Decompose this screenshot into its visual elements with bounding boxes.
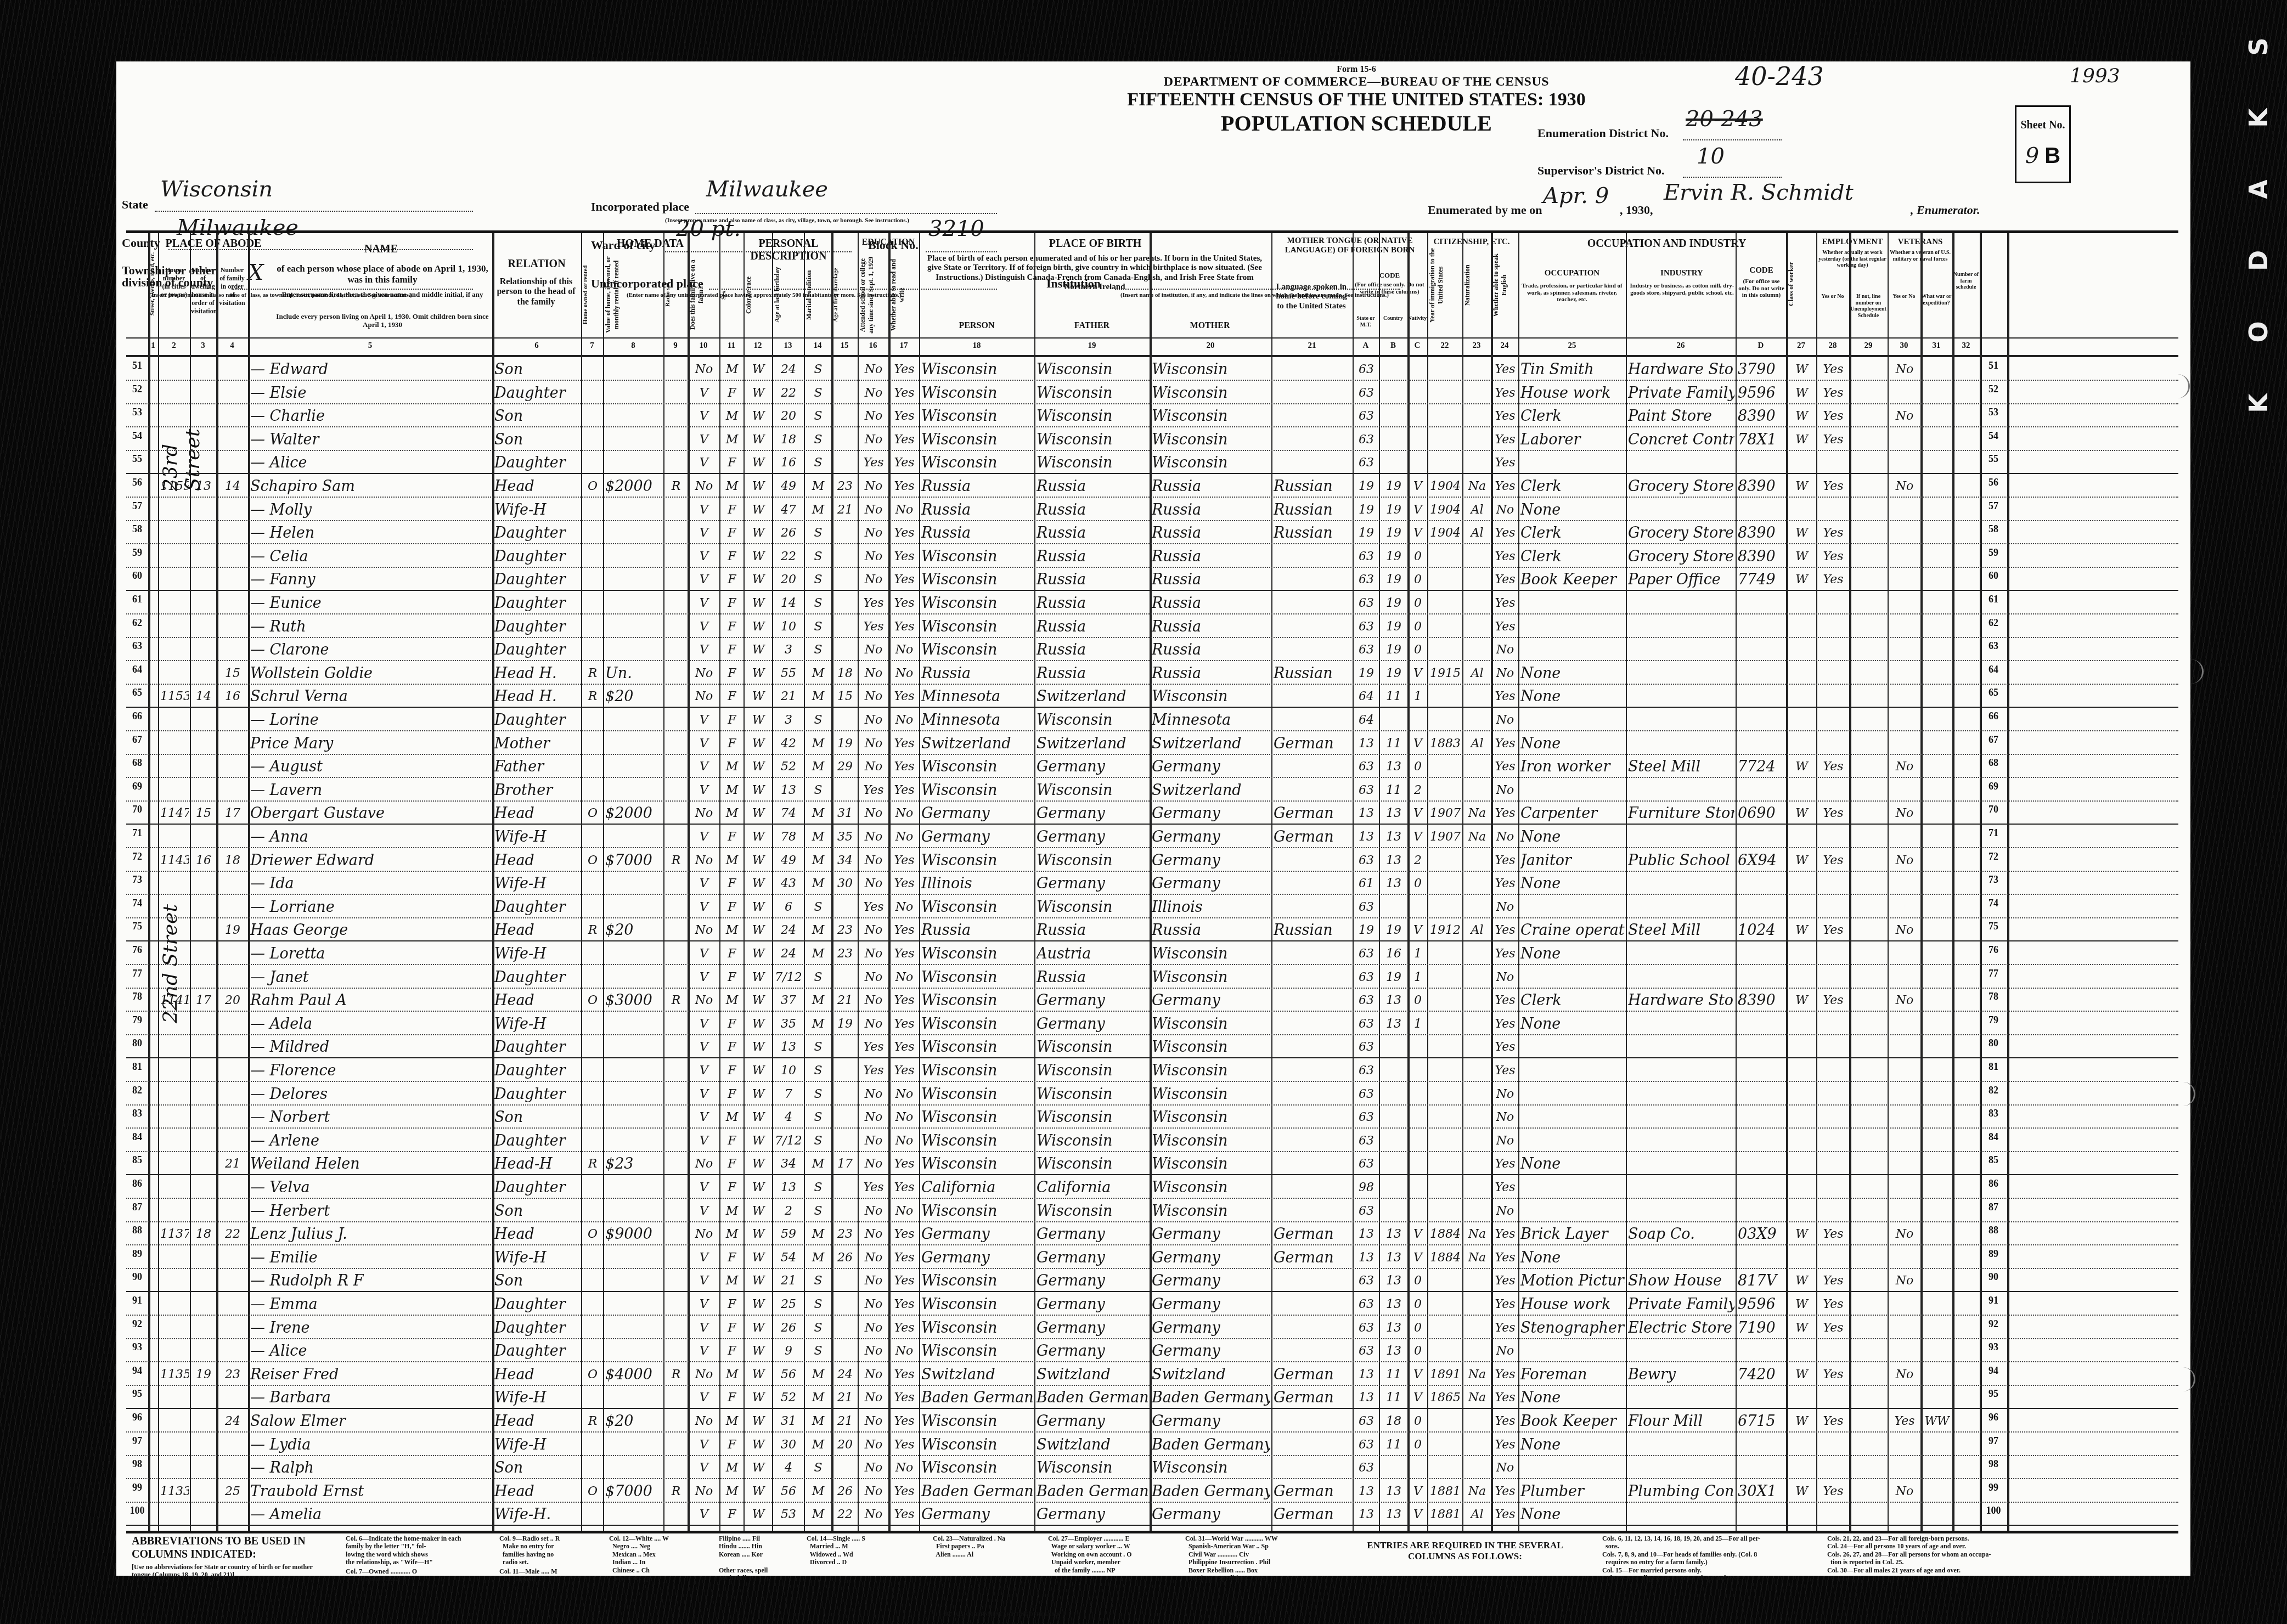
line-number: 93	[1980, 1341, 2007, 1353]
class-of-worker	[1788, 1106, 1815, 1127]
speaks-english: No	[1493, 1106, 1517, 1127]
enumerated-date: Apr. 9	[1543, 183, 1609, 208]
birthplace-mother: Wisconsin	[1152, 428, 1270, 450]
unemployment-line	[1851, 568, 1886, 590]
home-value	[605, 568, 662, 590]
race: W	[746, 591, 771, 613]
relationship: Head-H	[494, 1152, 580, 1174]
marital-status: M	[806, 1012, 830, 1034]
year-immigration: 1883	[1429, 732, 1461, 754]
code-country: 13	[1381, 1316, 1406, 1338]
unemployment-line	[1851, 966, 1886, 988]
war	[1923, 1433, 1951, 1455]
marital-status: S	[806, 428, 830, 450]
farm: No	[690, 685, 718, 707]
naturalization	[1464, 381, 1490, 403]
code-nativity: V	[1410, 802, 1426, 824]
speaks-english: Yes	[1493, 1363, 1517, 1385]
column-number: 15	[831, 341, 858, 351]
group-place-of-abode: PLACE OF ABODE	[158, 238, 269, 250]
birthplace-father: Germany	[1037, 825, 1148, 847]
code-country	[1381, 1152, 1406, 1174]
age: 10	[774, 615, 803, 637]
speaks-english: Yes	[1493, 942, 1517, 964]
attended-school: Yes	[860, 451, 887, 473]
code-country: 13	[1381, 1269, 1406, 1291]
birthplace-father: Austria	[1037, 942, 1148, 964]
code-country: 11	[1381, 1363, 1406, 1385]
speaks-english: Yes	[1493, 404, 1517, 426]
radio-set: R	[666, 1480, 686, 1502]
race: W	[746, 802, 771, 824]
relationship: Wife-H	[494, 872, 580, 894]
farm: V	[690, 615, 718, 637]
read-write: Yes	[891, 591, 918, 613]
birthplace-mother: Wisconsin	[1152, 1059, 1270, 1081]
birthplace-father: Wisconsin	[1037, 404, 1148, 426]
home-owned-rented	[583, 1293, 602, 1315]
line-number: 59	[126, 547, 148, 559]
read-write: No	[891, 1456, 918, 1478]
home-value	[605, 1293, 662, 1315]
race: W	[746, 1363, 771, 1385]
class-of-worker	[1788, 685, 1815, 707]
house-number	[160, 942, 189, 964]
age-first-marriage	[833, 1199, 857, 1221]
radio-set	[666, 451, 686, 473]
line-number: 77	[1980, 968, 2007, 979]
occupation: Craine operator	[1520, 918, 1625, 940]
age-first-marriage: 21	[833, 1409, 857, 1431]
birthplace-mother: Wisconsin	[1152, 966, 1270, 988]
marital-status: S	[806, 1059, 830, 1081]
occupation	[1520, 1456, 1625, 1478]
sex: F	[722, 615, 742, 637]
read-write: Yes	[891, 1176, 918, 1198]
attended-school: Yes	[860, 1176, 887, 1198]
house-number: 1133	[160, 1480, 189, 1502]
at-work	[1818, 825, 1848, 847]
birthplace-father: Germany	[1037, 1503, 1148, 1525]
at-work	[1818, 685, 1848, 707]
sex: F	[722, 732, 742, 754]
birthplace-person: Wisconsin	[921, 895, 1033, 917]
war	[1923, 451, 1951, 473]
read-write: Yes	[891, 1222, 918, 1244]
sex: M	[722, 918, 742, 940]
code-nativity	[1410, 358, 1426, 380]
mother-tongue: German	[1274, 1386, 1351, 1408]
speaks-english: No	[1493, 662, 1517, 684]
naturalization	[1464, 1269, 1490, 1291]
birthplace-father: Wisconsin	[1037, 1456, 1148, 1478]
relationship: Head H.	[494, 685, 580, 707]
house-number	[160, 755, 189, 777]
birthplace-person: Wisconsin	[921, 1269, 1033, 1291]
header-c10: Does this family live on a farm?	[689, 255, 718, 335]
code-nativity: 0	[1410, 1409, 1426, 1431]
table-row: 7373— IdaWife-HVFW43M30NoYesIllinoisGerm…	[126, 871, 2178, 895]
occupation-code	[1738, 1176, 1785, 1198]
at-work: Yes	[1818, 475, 1848, 497]
radio-set	[666, 1433, 686, 1455]
birthplace-mother: Russia	[1152, 545, 1270, 567]
industry: Show House	[1628, 1269, 1734, 1291]
mother-tongue	[1274, 381, 1351, 403]
speaks-english: Yes	[1493, 1059, 1517, 1081]
person-name: — Ida	[250, 872, 491, 894]
line-number: 63	[1980, 640, 2007, 652]
veteran	[1890, 942, 1919, 964]
race: W	[746, 662, 771, 684]
column-number: 4	[216, 341, 248, 351]
marital-status: S	[806, 1339, 830, 1361]
mother-tongue: German	[1274, 1480, 1351, 1502]
unemployment-line	[1851, 1409, 1886, 1431]
age: 21	[774, 1269, 803, 1291]
radio-set: R	[666, 849, 686, 871]
age-first-marriage	[833, 1456, 857, 1478]
naturalization: Al	[1464, 732, 1490, 754]
radio-set	[666, 1269, 686, 1291]
header-c5b: Enter surname first, then the given name…	[275, 291, 489, 299]
code-nativity: 0	[1410, 545, 1426, 567]
house-number	[160, 428, 189, 450]
unemployment-line	[1851, 1222, 1886, 1244]
occupation-code	[1738, 872, 1785, 894]
table-row: 6666— LorineDaughterVFW3SNoNoMinnesotaWi…	[126, 707, 2178, 731]
occupation	[1520, 708, 1625, 730]
radio-set	[666, 404, 686, 426]
occupation: None	[1520, 942, 1625, 964]
home-value: $3000	[605, 989, 662, 1011]
header-c26-title: INDUSTRY	[1627, 269, 1737, 278]
table-row: 9999113325Traubold ErnstHeadO$7000RNoMW5…	[126, 1479, 2178, 1503]
line-number: 55	[126, 453, 148, 465]
code-nativity	[1410, 708, 1426, 730]
birthplace-father: Wisconsin	[1037, 1059, 1148, 1081]
veteran	[1890, 498, 1919, 520]
radio-set	[666, 1152, 686, 1174]
speaks-english: No	[1493, 779, 1517, 800]
code-state: 63	[1355, 1339, 1378, 1361]
occupation-code	[1738, 615, 1785, 637]
line-number: 84	[126, 1131, 148, 1143]
age-first-marriage: 21	[833, 498, 857, 520]
sex: F	[722, 1246, 742, 1268]
house-number	[160, 779, 189, 800]
occupation-code: 8390	[1738, 404, 1785, 426]
home-value	[605, 1316, 662, 1338]
column-number: 17	[888, 341, 919, 351]
home-owned-rented: R	[583, 1152, 602, 1174]
unemployment-line	[1851, 591, 1886, 613]
line-number: 69	[126, 781, 148, 792]
code-nativity: V	[1410, 1363, 1426, 1385]
person-name: — Alice	[250, 1339, 491, 1361]
family-number	[218, 451, 247, 473]
unemployment-line	[1851, 1246, 1886, 1268]
person-name: Driewer Edward	[250, 849, 491, 871]
line-number: 97	[126, 1435, 148, 1447]
at-work	[1818, 1456, 1848, 1478]
age: 16	[774, 451, 803, 473]
relationship: Son	[494, 1456, 580, 1478]
birthplace-father: Wisconsin	[1037, 451, 1148, 473]
person-name: — Loretta	[250, 942, 491, 964]
attended-school: No	[860, 404, 887, 426]
line-number: 99	[126, 1482, 148, 1493]
at-work: Yes	[1818, 521, 1848, 543]
abbrev-col12: Col. 12—White .... W Negro .... Neg Mexi…	[609, 1535, 669, 1582]
supervisor-line	[1683, 177, 1782, 178]
mother-tongue	[1274, 849, 1351, 871]
year-immigration	[1429, 755, 1461, 777]
industry	[1628, 638, 1734, 660]
occupation-code	[1738, 662, 1785, 684]
read-write: Yes	[891, 1035, 918, 1057]
attended-school: No	[860, 1152, 887, 1174]
at-work	[1818, 1106, 1848, 1127]
home-value	[605, 732, 662, 754]
home-value	[605, 872, 662, 894]
war	[1923, 1152, 1951, 1174]
birthplace-mother: Wisconsin	[1152, 1012, 1270, 1034]
farm: V	[690, 1199, 718, 1221]
relationship: Daughter	[494, 1293, 580, 1315]
abbrev-col7: Col. 7—Owned ............ O Rented .....…	[346, 1567, 417, 1583]
home-value: Un.	[605, 662, 662, 684]
family-number	[218, 1386, 247, 1408]
code-country: 11	[1381, 732, 1406, 754]
family-number: 23	[218, 1363, 247, 1385]
unemployment-line	[1851, 918, 1886, 940]
age-first-marriage: 18	[833, 662, 857, 684]
header-c25: Trade, profession, or particular kind of…	[1520, 283, 1624, 303]
at-work	[1818, 1082, 1848, 1104]
code-state: 63	[1355, 1152, 1378, 1174]
war	[1923, 872, 1951, 894]
code-nativity	[1410, 1035, 1426, 1057]
age-first-marriage	[833, 1035, 857, 1057]
naturalization	[1464, 451, 1490, 473]
class-of-worker	[1788, 638, 1815, 660]
birthplace-mother: Wisconsin	[1152, 1035, 1270, 1057]
incorporated-label: Incorporated place	[591, 200, 689, 214]
line-number: 57	[126, 500, 148, 512]
table-row: 7171— AnnaWife-HVFW78M35NoNoGermanyGerma…	[126, 824, 2178, 848]
unemployment-line	[1851, 1503, 1886, 1525]
age-first-marriage: 26	[833, 1480, 857, 1502]
veteran	[1890, 615, 1919, 637]
farm: V	[690, 1386, 718, 1408]
marital-status: S	[806, 381, 830, 403]
mother-tongue: Russian	[1274, 475, 1351, 497]
mother-tongue: German	[1274, 825, 1351, 847]
at-work: Yes	[1818, 381, 1848, 403]
sex: M	[722, 849, 742, 871]
naturalization	[1464, 1199, 1490, 1221]
line-number: 54	[126, 430, 148, 442]
kodak-letter: O	[2244, 321, 2273, 342]
house-number	[160, 708, 189, 730]
attended-school: No	[860, 381, 887, 403]
line-number: 74	[1980, 898, 2007, 909]
line-number: 64	[1980, 664, 2007, 675]
code-country: 13	[1381, 1480, 1406, 1502]
farm: No	[690, 918, 718, 940]
speaks-english: Yes	[1493, 1293, 1517, 1315]
age-first-marriage: 22	[833, 1503, 857, 1525]
code-nativity	[1410, 1199, 1426, 1221]
war	[1923, 755, 1951, 777]
person-name: — Molly	[250, 498, 491, 520]
table-row: 6060— FannyDaughterVFW20SNoYesWisconsinR…	[126, 567, 2178, 591]
occupation-code	[1738, 942, 1785, 964]
line-number: 76	[126, 944, 148, 956]
relationship: Daughter	[494, 381, 580, 403]
department-title: DEPARTMENT OF COMMERCE—BUREAU OF THE CEN…	[1082, 75, 1631, 89]
home-value: $20	[605, 918, 662, 940]
code-state: 63	[1355, 1035, 1378, 1057]
year-immigration	[1429, 1433, 1461, 1455]
occupation: Brick Layer	[1520, 1222, 1625, 1244]
radio-set	[666, 966, 686, 988]
attended-school: No	[860, 732, 887, 754]
birthplace-person: Germany	[921, 825, 1033, 847]
radio-set	[666, 498, 686, 520]
race: W	[746, 1012, 771, 1034]
speaks-english: No	[1493, 1339, 1517, 1361]
radio-set	[666, 708, 686, 730]
birthplace-father: Wisconsin	[1037, 779, 1148, 800]
house-number	[160, 966, 189, 988]
radio-set	[666, 685, 686, 707]
line-number: 95	[1980, 1388, 2007, 1400]
farm: V	[690, 521, 718, 543]
war	[1923, 1199, 1951, 1221]
dwelling-number	[192, 825, 215, 847]
person-name: — Helen	[250, 521, 491, 543]
war	[1923, 1176, 1951, 1198]
line-number: 53	[1980, 407, 2007, 418]
person-name: — Velva	[250, 1176, 491, 1198]
sex: F	[722, 1035, 742, 1057]
home-owned-rented	[583, 1316, 602, 1338]
veteran: No	[1890, 849, 1919, 871]
war	[1923, 1106, 1951, 1127]
sex: F	[722, 825, 742, 847]
occupation-code: 9596	[1738, 381, 1785, 403]
age-first-marriage	[833, 779, 857, 800]
house-number	[160, 358, 189, 380]
birthplace-mother: Germany	[1152, 1222, 1270, 1244]
marital-status: M	[806, 989, 830, 1011]
home-value	[605, 825, 662, 847]
marital-status: S	[806, 1176, 830, 1198]
occupation: Carpenter	[1520, 802, 1625, 824]
code-state: 63	[1355, 1129, 1378, 1151]
war	[1923, 1012, 1951, 1034]
speaks-english: Yes	[1493, 358, 1517, 380]
table-row: 9898— RalphSonVMW4SNoNoWisconsinWisconsi…	[126, 1455, 2178, 1479]
unemployment-line	[1851, 1316, 1886, 1338]
birthplace-mother: Wisconsin	[1152, 685, 1270, 707]
read-write: Yes	[891, 1409, 918, 1431]
relationship: Daughter	[494, 1176, 580, 1198]
class-of-worker	[1788, 708, 1815, 730]
age-first-marriage	[833, 358, 857, 380]
read-write: Yes	[891, 568, 918, 590]
birthplace-father: Switzerland	[1037, 732, 1148, 754]
read-write: Yes	[891, 755, 918, 777]
code-nativity: 0	[1410, 755, 1426, 777]
sex: F	[722, 1433, 742, 1455]
code-state: 64	[1355, 685, 1378, 707]
attended-school: No	[860, 545, 887, 567]
year-immigration	[1429, 1059, 1461, 1081]
home-value: $2000	[605, 802, 662, 824]
class-of-worker	[1788, 451, 1815, 473]
line-number: 87	[1980, 1202, 2007, 1213]
industry: Private Family	[1628, 381, 1734, 403]
speaks-english: Yes	[1493, 591, 1517, 613]
marital-status: M	[806, 942, 830, 964]
code-country	[1381, 895, 1406, 917]
home-value	[605, 708, 662, 730]
age: 47	[774, 498, 803, 520]
mother-tongue	[1274, 1269, 1351, 1291]
home-owned-rented	[583, 779, 602, 800]
farm: V	[690, 1269, 718, 1291]
attended-school: No	[860, 1269, 887, 1291]
code-state: 19	[1355, 498, 1378, 520]
year-immigration	[1429, 1339, 1461, 1361]
family-number	[218, 966, 247, 988]
attended-school: No	[860, 685, 887, 707]
family-number	[218, 1082, 247, 1104]
birthplace-father: Germany	[1037, 1339, 1148, 1361]
speaks-english: Yes	[1493, 545, 1517, 567]
relationship: Daughter	[494, 591, 580, 613]
farm: V	[690, 825, 718, 847]
census-sheet: State Wisconsin County Milwaukee Townshi…	[116, 61, 2190, 1576]
code-nativity: 2	[1410, 849, 1426, 871]
read-write: Yes	[891, 1480, 918, 1502]
kodak-letter: A	[2244, 179, 2273, 199]
read-write: Yes	[891, 1246, 918, 1268]
house-number	[160, 1082, 189, 1104]
race: W	[746, 942, 771, 964]
class-of-worker: W	[1788, 1316, 1815, 1338]
war	[1923, 498, 1951, 520]
relationship: Father	[494, 755, 580, 777]
census-title: FIFTEENTH CENSUS OF THE UNITED STATES: 1…	[1082, 89, 1631, 110]
sex: F	[722, 1503, 742, 1525]
birthplace-mother: Germany	[1152, 849, 1270, 871]
code-nativity: V	[1410, 521, 1426, 543]
relationship: Mother	[494, 732, 580, 754]
speaks-english: No	[1493, 825, 1517, 847]
veteran: No	[1890, 404, 1919, 426]
attended-school: Yes	[860, 779, 887, 800]
marital-status: M	[806, 1480, 830, 1502]
person-name: — Ralph	[250, 1456, 491, 1478]
line-number: 96	[1980, 1412, 2007, 1423]
birthplace-person: Wisconsin	[921, 849, 1033, 871]
race: W	[746, 1059, 771, 1081]
naturalization	[1464, 708, 1490, 730]
